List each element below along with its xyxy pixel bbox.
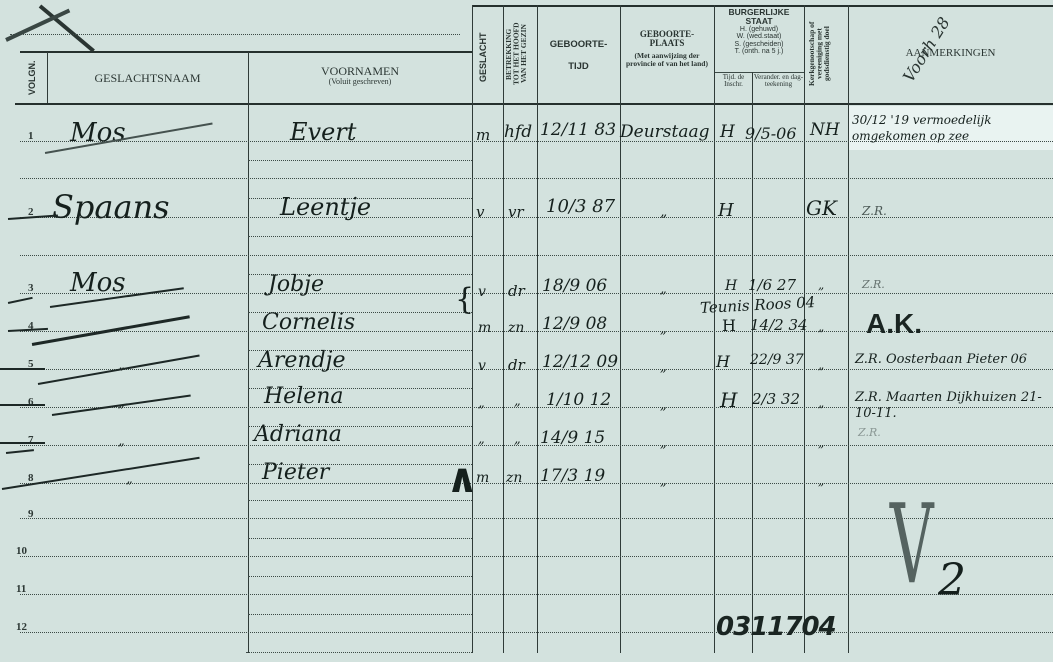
surname-cell: „ [118, 318, 125, 333]
birthplace-cell: „ [660, 360, 667, 375]
check-mark: V [890, 480, 934, 608]
birth-cell: 10/3 87 [546, 196, 615, 217]
birthplace-cell: „ [660, 204, 667, 220]
birth-cell: 12/9 08 [542, 314, 607, 334]
birth-cell: 12/12 09 [542, 352, 618, 372]
remark-cell: Z.R. Maarten Dijkhuizen 21-10-11. [855, 390, 1050, 422]
header-geslachtsnaam: GESLACHTSNAAM [47, 72, 248, 85]
page-number-mark: 2 [938, 555, 966, 606]
header-aanmerkingen: AANMERKINGEN [848, 48, 1053, 60]
status-date-cell: 2/3 32 [752, 390, 800, 408]
strike-line [0, 368, 45, 370]
sex-cell: v [478, 284, 486, 300]
relation-cell: „ [514, 394, 521, 409]
strike-line [8, 297, 33, 304]
remark-cell: 30/12 '19 vermoedelijk omgekomen op zee [852, 112, 1050, 144]
birthplace-cell: „ [660, 322, 667, 337]
church-cell: „ [818, 358, 824, 372]
spouse-note: Teunis Roos 04 [700, 293, 816, 317]
row-number: 1 [28, 130, 34, 142]
header-geboortetijd: GEBOORTE- TIJD [537, 40, 620, 72]
header-kerkgenootschap: Kerkgenootschap of vereeniging met godsd… [808, 8, 844, 100]
church-cell: NH [810, 120, 840, 140]
given-name-cell: Leentje [280, 193, 371, 221]
strike-line [0, 442, 45, 444]
surname-cell: „ [126, 472, 133, 487]
status-cell: H [725, 278, 737, 294]
header-betrekking: BETREKKING TOT HET HOOFD VAN HET GEZIN [505, 8, 535, 100]
serial-number: 0311704 [716, 612, 836, 642]
relation-cell: zn [506, 470, 522, 486]
header-voornamen: VOORNAMEN (Voluit geschreven) [248, 65, 472, 86]
status-date-cell: 1/6 27 [748, 276, 796, 294]
strike-line [0, 404, 45, 406]
status-cell: H [716, 352, 730, 371]
row-number: 3 [28, 282, 34, 294]
remark-cell: Z.R. Oosterbaan Pieter 06 [855, 352, 1027, 367]
birthplace-cell: „ [660, 398, 667, 413]
birth-cell: 12/11 83 [540, 120, 616, 140]
relation-cell: dr [508, 282, 525, 300]
row-number: 10 [16, 545, 27, 557]
relation-cell: zn [508, 320, 524, 336]
remark-cell: Z.R. [862, 204, 887, 218]
birthplace-cell: „ [660, 474, 667, 489]
header-volgn: VOLGN. [28, 56, 42, 100]
sex-cell: m [476, 126, 490, 144]
sex-cell: v [476, 203, 484, 221]
strike-line [6, 449, 34, 453]
relation-cell: hfd [504, 122, 532, 142]
header-geboorteplaats: GEBOORTE- PLAATS (Met aanwijzing der pro… [620, 30, 714, 68]
status-date-cell: 9/5-06 [745, 124, 797, 143]
birthplace-cell: Deurstaag [620, 122, 709, 142]
sex-cell: „ [478, 432, 485, 447]
birth-cell: 18/9 06 [542, 276, 607, 296]
row-number: 6 [28, 396, 34, 408]
header-geslacht: GESLACHT [479, 15, 495, 99]
row-number: 12 [16, 621, 27, 633]
birth-cell: 17/3 19 [540, 466, 605, 486]
church-cell: „ [818, 320, 824, 334]
surname-cell: „ [118, 434, 125, 449]
surname-cell: Mos [70, 268, 126, 298]
header-tijd-inschr: Tijd. de Inschr. [715, 74, 752, 89]
relation-cell: vr [508, 203, 524, 221]
bracket-mark: { [455, 282, 474, 317]
status-cell: H [722, 316, 736, 335]
sex-cell: v [478, 358, 486, 374]
status-cell: H [720, 122, 735, 142]
given-name-cell: Arendje [258, 348, 346, 373]
given-name-cell: Jobje [268, 272, 324, 297]
birth-cell: 1/10 12 [546, 390, 611, 410]
status-date-cell: 14/2 34 [750, 316, 808, 334]
relation-cell: „ [514, 432, 521, 447]
given-name-cell: Evert [290, 118, 356, 146]
birthplace-cell: „ [660, 436, 667, 451]
church-cell: „ [818, 436, 824, 450]
status-date-cell: 22/9 37 [750, 352, 804, 368]
church-cell: „ [818, 396, 824, 410]
status-cell: H [720, 388, 737, 412]
remark-cell: Z.R. [858, 426, 881, 439]
bracket-mark: ∧ [446, 455, 478, 502]
given-name-cell: Helena [264, 384, 344, 409]
ak-stamp: A.K. [866, 308, 922, 340]
sex-cell: m [478, 320, 491, 336]
status-cell: H [718, 200, 734, 221]
birthplace-cell: „ [660, 282, 667, 297]
row-number: 7 [28, 434, 34, 446]
row-number: 11 [16, 583, 26, 595]
header-burgerlijke-staat: BURGERLIJKE STAAT H. (gehuwd) W. (wed.st… [714, 8, 804, 55]
given-name-cell: Cornelis [262, 310, 355, 335]
given-name-cell: Pieter [262, 460, 329, 485]
sex-cell: „ [478, 396, 485, 411]
church-cell: GK [806, 196, 837, 220]
header-verander: Verander. en dag-teekening [753, 74, 804, 89]
given-name-cell: Adriana [254, 422, 342, 447]
relation-cell: dr [508, 356, 525, 374]
remark-cell: Z.R. [862, 278, 885, 291]
row-number: 9 [28, 508, 34, 520]
church-cell: „ [818, 278, 824, 292]
church-cell: „ [818, 474, 824, 488]
surname-cell: Spaans [52, 188, 170, 226]
surname-cell: „ [118, 358, 125, 373]
birth-cell: 14/9 15 [540, 428, 605, 448]
register-card: VOLGN. GESLACHTSNAAM VOORNAMEN (Voluit g… [0, 0, 1053, 662]
